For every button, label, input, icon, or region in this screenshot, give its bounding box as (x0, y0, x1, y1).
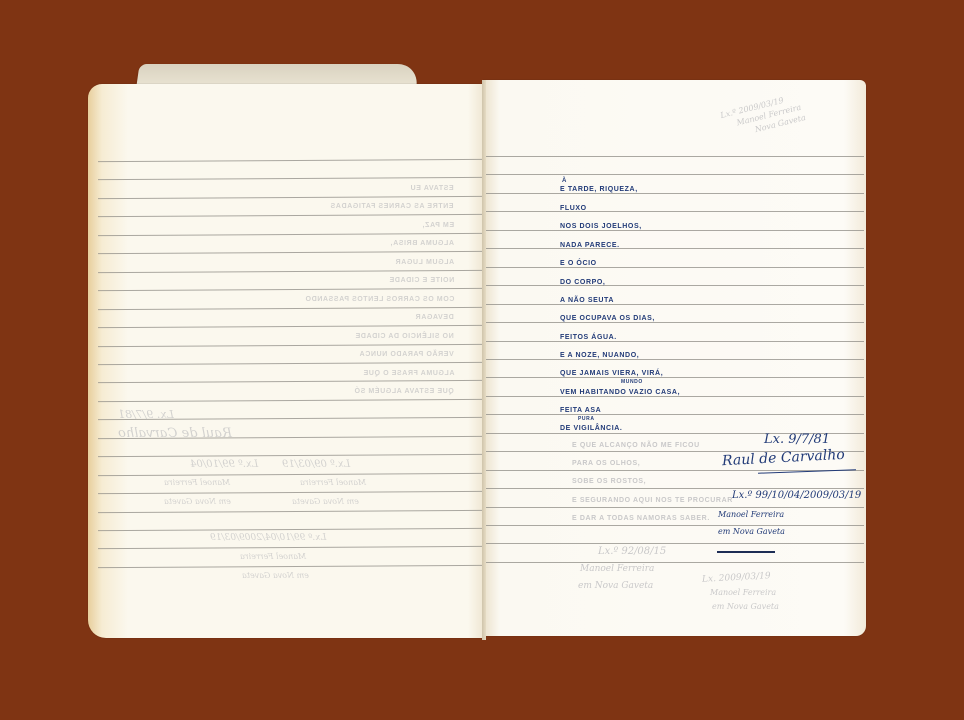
mirrored-line: ESTAVA EU (410, 185, 454, 192)
date-annotation: Lx.º 99/10/04/2009/03/19 (732, 490, 861, 501)
ruled-line (486, 248, 864, 249)
mirrored-line: DEVAGAR (415, 314, 454, 321)
poem-line: DE VIGILÂNCIA. (560, 425, 622, 432)
ruled-line (486, 414, 864, 415)
mirrored-text: COM OS CARROS LENTOS PASSANDO (305, 296, 454, 303)
mirrored-text: em Nova Gaveta (164, 497, 231, 506)
mirrored-annotation: Manoel Ferreira (164, 478, 230, 487)
mirrored-text: ESTAVA EU (410, 185, 454, 192)
mirrored-text: NO SILÊNCIO DA CIDADE (355, 333, 454, 340)
ruled-line (486, 507, 864, 508)
mirrored-text: EM PAZ, (422, 222, 454, 229)
mirrored-text: Manoel Ferreira (164, 478, 230, 487)
poem-line: FEITA ASA (560, 407, 601, 414)
mirrored-text: ALGUMA BRISA, (390, 240, 454, 247)
poem-line: E O ÓCIO (560, 260, 597, 267)
name-annotation: em Nova Gaveta (718, 527, 785, 536)
ruled-line (486, 322, 864, 323)
faint-note: Manoel Ferreira (710, 588, 776, 597)
open-notebook: Lx.º 2009/03/19 Manoel Ferreira Nova Gav… (0, 0, 964, 720)
ruled-line (486, 211, 864, 212)
mirrored-annotation: Lx.º 09/03/19 (282, 459, 350, 470)
mirrored-text: VERÃO PARADO NUNCA (359, 351, 454, 358)
mirrored-text: Lx.º 09/03/19 (282, 459, 350, 470)
mirrored-line: ALGUMA BRISA, (390, 240, 454, 247)
notebook-spine (482, 80, 486, 640)
poem-line: QUE OCUPAVA OS DIAS, (560, 315, 655, 322)
torn-page-flap (136, 64, 419, 86)
mirrored-annotation: Lx.º 99/10/04/2009/03/19 (210, 533, 326, 543)
mirrored-text: Manoel Ferreira (300, 478, 366, 487)
faint-note: em Nova Gaveta (712, 602, 779, 611)
poem-line: VEM HABITANDO VAZIO CASA, (560, 389, 680, 396)
mirrored-text: NOITE E CIDADE (389, 277, 454, 284)
mirrored-line: ALGUMA FRASE O QUE (363, 370, 454, 377)
poem-line: NOS DOIS JOELHOS, (560, 223, 642, 230)
mirrored-text: em Nova Gaveta (242, 571, 309, 580)
ruled-line (486, 285, 864, 286)
poem-line: DO CORPO, (560, 279, 605, 286)
ruled-line (486, 304, 864, 305)
poem-line: E A NOZE, NUANDO, (560, 352, 639, 359)
mirrored-annotation: Lx.º 99/10/04 (190, 459, 258, 470)
poem-line: E TARDE, RIQUEZA, (560, 186, 638, 193)
mirrored-text: Lx.º 99/10/04/2009/03/19 (210, 533, 326, 543)
mirrored-line: QUE ESTAVA ALGUÉM SÓ (354, 388, 454, 395)
faint-bleed-line: E SEGURANDO AQUI NOS TE PROCURAR (572, 497, 733, 504)
poem-line: A NÃO SEUTA (560, 297, 614, 304)
ruled-line (486, 193, 864, 194)
annotation-underline (717, 551, 775, 553)
faint-bleed-line: E DAR A TODAS NAMORAS SABER. (572, 515, 710, 522)
poem-line: FEITOS ÁGUA. (560, 334, 617, 341)
faint-bleed-line: SOBE OS ROSTOS, (572, 478, 646, 485)
mirrored-text: Manoel Ferreira (240, 552, 306, 561)
mirrored-text: DEVAGAR (415, 314, 454, 321)
ruled-line (486, 562, 864, 563)
mirrored-annotation: Manoel Ferreira (240, 552, 306, 561)
ruled-line (486, 488, 864, 489)
mirrored-text: ALGUM LUGAR (395, 259, 454, 266)
mirrored-line: VERÃO PARADO NUNCA (359, 351, 454, 358)
mirrored-text: Raul de Carvalho (118, 426, 232, 441)
ruled-line (486, 174, 864, 175)
mirrored-annotation: Manoel Ferreira (300, 478, 366, 487)
faint-bleed-line: PARA OS OLHOS, (572, 460, 640, 467)
poem-correction: À (562, 178, 567, 184)
mirrored-text: ALGUMA FRASE O QUE (363, 370, 454, 377)
ruled-line (486, 341, 864, 342)
name-annotation: Manoel Ferreira (718, 510, 784, 519)
mirrored-annotation: em Nova Gaveta (292, 497, 359, 506)
mirrored-line: NOITE E CIDADE (389, 277, 454, 284)
mirrored-annotation: em Nova Gaveta (242, 571, 309, 580)
ruled-line (486, 359, 864, 360)
mirrored-line: ALGUM LUGAR (395, 259, 454, 266)
mirrored-annotation: em Nova Gaveta (164, 497, 231, 506)
poem-correction: Pura (578, 416, 595, 422)
date-annotation: Lx. 9/7/81 (764, 432, 830, 447)
ruled-line (486, 525, 864, 526)
poem-line: NADA PARECE. (560, 242, 620, 249)
poem-line: QUE JAMAIS VIERA, VIRÁ, (560, 370, 663, 377)
mirrored-line: ENTRE AS CARNES FATIGADAS (330, 203, 454, 210)
mirrored-annotation: Raul de Carvalho (118, 426, 232, 441)
faint-note: Manoel Ferreira (580, 564, 654, 574)
mirrored-text: em Nova Gaveta (292, 497, 359, 506)
ruled-line (486, 267, 864, 268)
mirrored-line: COM OS CARROS LENTOS PASSANDO (305, 296, 454, 303)
ruled-line (486, 230, 864, 231)
mirrored-text: Lx. 9/7/81 (118, 408, 174, 421)
faint-bleed-line: E QUE ALCANÇO NÃO ME FICOU (572, 442, 700, 449)
poem-correction: mundo (621, 379, 643, 385)
mirrored-line: NO SILÊNCIO DA CIDADE (355, 333, 454, 340)
ruled-line (486, 377, 864, 378)
mirrored-text: ENTRE AS CARNES FATIGADAS (330, 203, 454, 210)
mirrored-line: EM PAZ, (422, 222, 454, 229)
poem-line: FLUXO (560, 205, 587, 212)
faint-note: Lx.º 92/08/15 (598, 546, 666, 557)
mirrored-text: Lx.º 99/10/04 (190, 459, 258, 470)
ruled-line (486, 543, 864, 544)
mirrored-annotation: Lx. 9/7/81 (118, 408, 174, 421)
ruled-line (486, 156, 864, 157)
faint-note: em Nova Gaveta (578, 581, 653, 591)
mirrored-text: QUE ESTAVA ALGUÉM SÓ (354, 388, 454, 395)
